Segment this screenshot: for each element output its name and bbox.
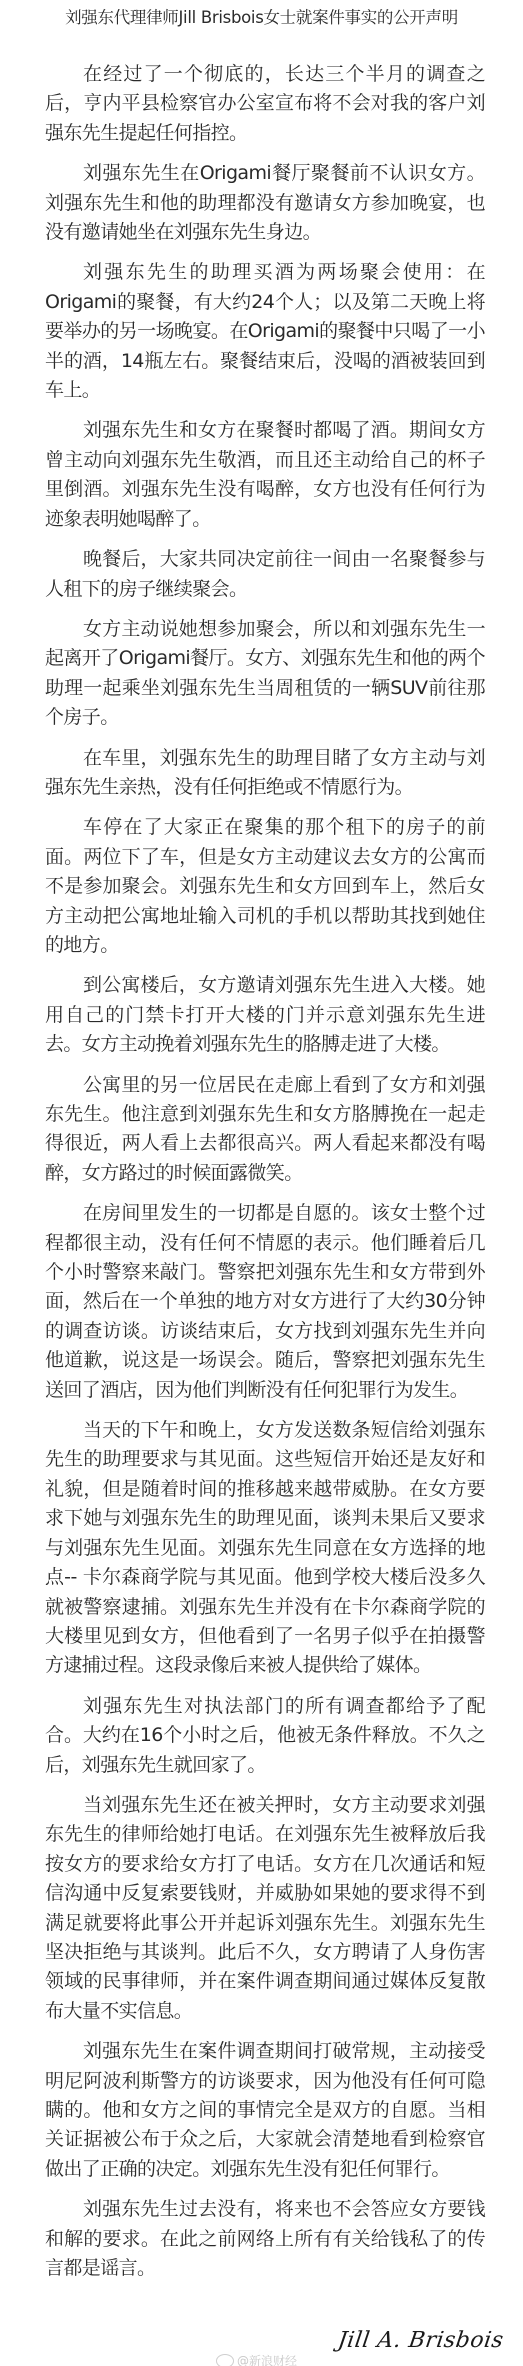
- paragraph-text-messages: 当天的下午和晚上，女方发送数条短信给刘强东先生的助理要求与其见面。这些短信开始还…: [45, 1416, 485, 1681]
- paragraph-in-car: 在车里，刘强东先生的助理目睹了女方主动与刘强东先生亲热，没有任何拒绝或不情愿行为…: [45, 744, 485, 803]
- paragraph-no-settlement: 刘强东先生过去没有，将来也不会答应女方要钱和解的要求。在此之前网络上所有有关给钱…: [45, 2195, 485, 2283]
- watermark: @新浪财经: [216, 2352, 297, 2366]
- watermark-text: @新浪财经: [237, 2352, 297, 2366]
- paragraph-apartment-entry: 到公寓楼后，女方邀请刘强东先生进入大楼。她用自己的门禁卡打开大楼的门并示意刘强东…: [45, 971, 485, 1059]
- paragraph-car-stopped: 车停在了大家正在聚集的那个租下的房子的前面。两位下了车，但是女方主动建议去女方的…: [45, 813, 485, 960]
- paragraph-cooperation: 刘强东先生对执法部门的所有调查都给予了配合。大约在16个小时之后，他被无条件释放…: [45, 1692, 485, 1780]
- paragraph-after-dinner: 晚餐后，大家共同决定前往一间由一名聚餐参与人租下的房子继续聚会。: [45, 545, 485, 604]
- paragraph-did-not-know: 刘强东先生在Origami餐厅聚餐前不认识女方。刘强东先生和他的助理都没有邀请女…: [45, 159, 485, 247]
- paragraph-police-interview: 刘强东先生在案件调查期间打破常规，主动接受明尼阿波利斯警方的访谈要求，因为他没有…: [45, 2037, 485, 2184]
- document-title: 刘强东代理律师Jill Brisbois女士就案件事实的公开声明: [0, 4, 523, 28]
- paragraph-money-demands: 当刘强东先生还在被关押时，女方主动要求刘强东先生的律师给她打电话。在刘强东先生被…: [45, 1791, 485, 2026]
- paragraph-wine-purchase: 刘强东先生的助理买酒为两场聚会使用：在Origami的聚餐，有大约24个人；以及…: [45, 258, 485, 405]
- paragraph-resident-witness: 公寓里的另一位居民在走廊上看到了女方和刘强东先生。他注意到刘强东先生和女方胳膊挽…: [45, 1071, 485, 1189]
- paragraph-in-room: 在房间里发生的一切都是自愿的。该女士整个过程都很主动，没有任何不情愿的表示。他们…: [45, 1199, 485, 1405]
- document-body: 在经过了一个彻底的，长达三个半月的调查之后，亨内平县检察官办公室宣布将不会对我的…: [45, 60, 485, 2294]
- weibo-logo-icon: [216, 2354, 234, 2366]
- lawyer-signature: Jill A. Brisbois: [336, 2328, 505, 2353]
- paragraph-drinking: 刘强东先生和女方在聚餐时都喝了酒。期间女方曾主动向刘强东先生敬酒，而且还主动给自…: [45, 416, 485, 534]
- paragraph-left-restaurant: 女方主动说她想参加聚会，所以和刘强东先生一起离开了Origami餐厅。女方、刘强…: [45, 615, 485, 733]
- paragraph-investigation-conclusion: 在经过了一个彻底的，长达三个半月的调查之后，亨内平县检察官办公室宣布将不会对我的…: [45, 60, 485, 148]
